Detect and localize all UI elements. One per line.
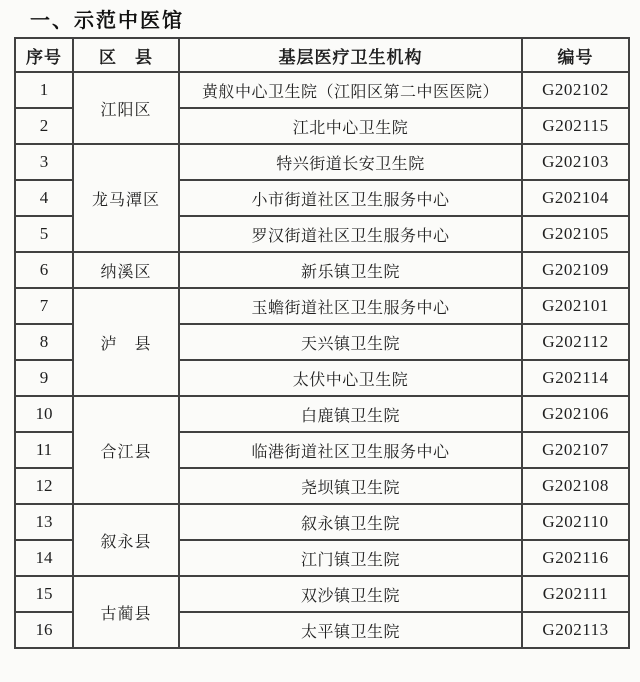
header-cell-code: 编号 [522,38,629,72]
institution-cell: 双沙镇卫生院 [179,576,522,612]
district-cell: 叙永县 [73,504,179,576]
institution-cell: 临港街道社区卫生服务中心 [179,432,522,468]
serial-cell: 12 [15,468,73,504]
serial-cell: 4 [15,180,73,216]
code-cell: G202113 [522,612,629,648]
district-cell: 合江县 [73,396,179,504]
table-body: 1江阳区黄舣中心卫生院（江阳区第二中医医院）G2021022江北中心卫生院G20… [15,72,629,648]
code-cell: G202111 [522,576,629,612]
code-cell: G202106 [522,396,629,432]
table-header-row: 序号 区 县 基层医疗卫生机构 编号 [15,38,629,72]
header-cell-institution: 基层医疗卫生机构 [179,38,522,72]
code-cell: G202103 [522,144,629,180]
document-page: 一、示范中医馆 序号 区 县 基层医疗卫生机构 编号 1江阳区黄舣中心卫生院（江… [0,0,640,649]
institution-cell: 太伏中心卫生院 [179,360,522,396]
table-row: 13叙永县叙永镇卫生院G202110 [15,504,629,540]
serial-cell: 15 [15,576,73,612]
code-cell: G202116 [522,540,629,576]
header-cell-district: 区 县 [73,38,179,72]
code-cell: G202107 [522,432,629,468]
serial-cell: 3 [15,144,73,180]
page-title: 一、示范中医馆 [0,0,640,33]
code-cell: G202105 [522,216,629,252]
institution-cell: 罗汉街道社区卫生服务中心 [179,216,522,252]
table-row: 1江阳区黄舣中心卫生院（江阳区第二中医医院）G202102 [15,72,629,108]
institution-cell: 新乐镇卫生院 [179,252,522,288]
table-row: 7泸 县玉蟾街道社区卫生服务中心G202101 [15,288,629,324]
code-cell: G202115 [522,108,629,144]
institution-cell: 特兴街道长安卫生院 [179,144,522,180]
code-cell: G202101 [522,288,629,324]
district-cell: 泸 县 [73,288,179,396]
serial-cell: 7 [15,288,73,324]
institution-cell: 叙永镇卫生院 [179,504,522,540]
institutions-table: 序号 区 县 基层医疗卫生机构 编号 1江阳区黄舣中心卫生院（江阳区第二中医医院… [14,37,630,649]
serial-cell: 11 [15,432,73,468]
institution-cell: 小市街道社区卫生服务中心 [179,180,522,216]
serial-cell: 9 [15,360,73,396]
serial-cell: 10 [15,396,73,432]
serial-cell: 2 [15,108,73,144]
serial-cell: 8 [15,324,73,360]
serial-cell: 1 [15,72,73,108]
serial-cell: 16 [15,612,73,648]
institution-cell: 黄舣中心卫生院（江阳区第二中医医院） [179,72,522,108]
code-cell: G202104 [522,180,629,216]
code-cell: G202102 [522,72,629,108]
institution-cell: 江北中心卫生院 [179,108,522,144]
institution-cell: 玉蟾街道社区卫生服务中心 [179,288,522,324]
institution-cell: 太平镇卫生院 [179,612,522,648]
district-cell: 古蔺县 [73,576,179,648]
table-row: 15古蔺县双沙镇卫生院G202111 [15,576,629,612]
institution-cell: 天兴镇卫生院 [179,324,522,360]
table-row: 6纳溪区新乐镇卫生院G202109 [15,252,629,288]
district-cell: 纳溪区 [73,252,179,288]
header-cell-serial: 序号 [15,38,73,72]
institution-cell: 白鹿镇卫生院 [179,396,522,432]
table-row: 3龙马潭区特兴街道长安卫生院G202103 [15,144,629,180]
table-row: 10合江县白鹿镇卫生院G202106 [15,396,629,432]
code-cell: G202114 [522,360,629,396]
institution-cell: 江门镇卫生院 [179,540,522,576]
serial-cell: 13 [15,504,73,540]
code-cell: G202109 [522,252,629,288]
code-cell: G202112 [522,324,629,360]
institution-cell: 尧坝镇卫生院 [179,468,522,504]
code-cell: G202108 [522,468,629,504]
district-cell: 龙马潭区 [73,144,179,252]
table-header: 序号 区 县 基层医疗卫生机构 编号 [15,38,629,72]
serial-cell: 6 [15,252,73,288]
serial-cell: 14 [15,540,73,576]
code-cell: G202110 [522,504,629,540]
serial-cell: 5 [15,216,73,252]
district-cell: 江阳区 [73,72,179,144]
